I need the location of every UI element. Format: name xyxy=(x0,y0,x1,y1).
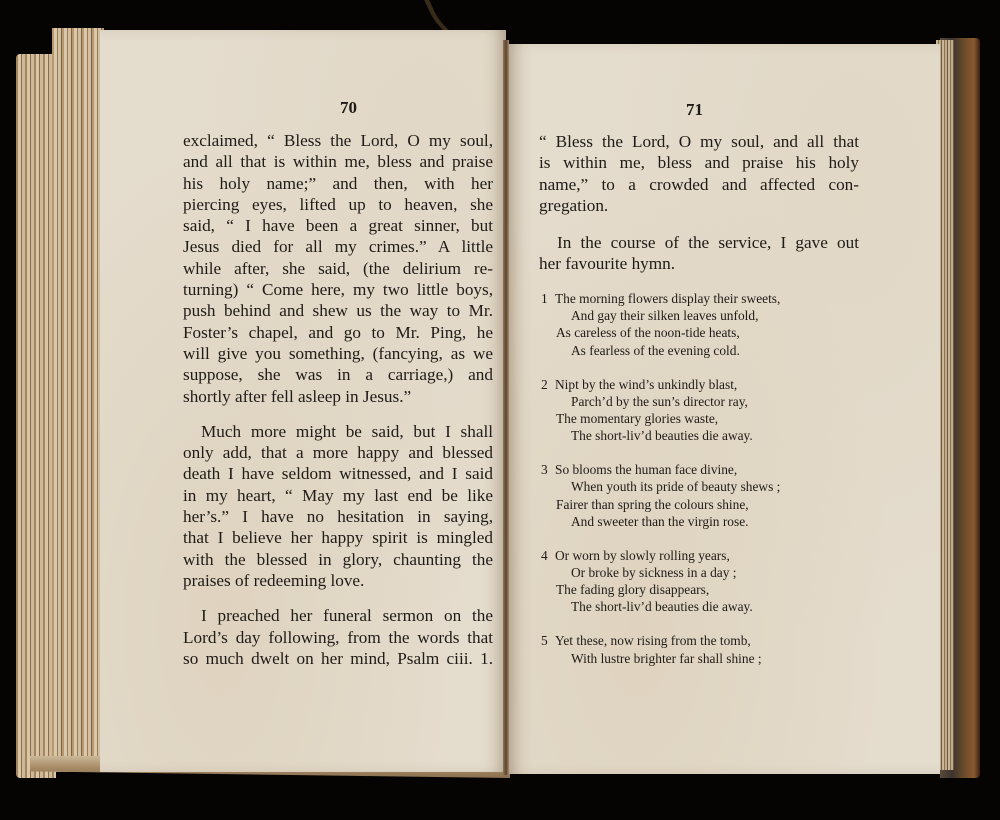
hymn-stanza-5: 5 Yet these, now rising from the tomb, W… xyxy=(541,632,841,666)
hymn-stanza-4: 4 Or worn by slowly rolling years, Or br… xyxy=(541,547,841,616)
text-line: gregation. xyxy=(539,195,859,216)
text-line: and all that is within me, bless and pra… xyxy=(183,151,493,172)
text-line: Much more might be said, but I shall xyxy=(183,421,493,442)
text-line: “ Bless the Lord, O my soul, and all tha… xyxy=(539,131,859,152)
text-line: death I have seldom witnessed, and I sai… xyxy=(183,463,493,484)
text-line: in my heart, “ May my last end be like xyxy=(183,485,493,506)
right-page-body: “ Bless the Lord, O my soul, and all tha… xyxy=(539,131,859,291)
verse-line: The short-liv’d beauties die away. xyxy=(541,598,841,615)
text-line: name,” to a crowded and affected con- xyxy=(539,174,859,195)
verse-line: Or broke by sickness in a day ; xyxy=(541,564,841,581)
text-line: her favourite hymn. xyxy=(539,253,859,274)
text-line: praises of redeeming love. xyxy=(183,570,493,591)
left-page-block-edges xyxy=(52,28,104,772)
stanza-number: 3 xyxy=(541,461,548,478)
text-line: piercing eyes, lifted up to heaven, she xyxy=(183,194,493,215)
left-page-number: 70 xyxy=(340,98,357,118)
text-line: while after, she said, (the delirium re- xyxy=(183,258,493,279)
verse-line: The momentary glories waste, xyxy=(541,410,841,427)
paragraph: In the course of the service, I gave out… xyxy=(539,232,859,275)
text-line: exclaimed, “ Bless the Lord, O my soul, xyxy=(183,130,493,151)
verse-line: Nipt by the wind’s unkindly blast, xyxy=(541,376,841,393)
right-page-number: 71 xyxy=(686,100,703,120)
paragraph: “ Bless the Lord, O my soul, and all tha… xyxy=(539,131,859,216)
text-line: Lord’s day following, from the words tha… xyxy=(183,627,493,648)
text-line: her’s.” I have no hesitation in saying, xyxy=(183,506,493,527)
left-page-block-outer-edges xyxy=(16,54,56,778)
text-line: will give you something, (fancying, as w… xyxy=(183,343,493,364)
verse-line: The morning flowers display their sweets… xyxy=(541,290,841,307)
stanza-number: 5 xyxy=(541,632,548,649)
left-page-body: exclaimed, “ Bless the Lord, O my soul, … xyxy=(183,130,493,683)
hymn: 1 The morning flowers display their swee… xyxy=(541,290,841,684)
paragraph: exclaimed, “ Bless the Lord, O my soul, … xyxy=(183,130,493,407)
verse-line: The fading glory disappears, xyxy=(541,581,841,598)
text-line: that I believe her happy spirit is mingl… xyxy=(183,527,493,548)
text-line: so much dwelt on her mind, Psalm ciii. 1… xyxy=(183,648,493,669)
verse-line: As careless of the noon-tide heats, xyxy=(541,324,841,341)
paragraph: I preached her funeral sermon on the Lor… xyxy=(183,605,493,669)
verse-line: Parch’d by the sun’s director ray, xyxy=(541,393,841,410)
hymn-stanza-1: 1 The morning flowers display their swee… xyxy=(541,290,841,359)
text-line: only add, that a more happy and blessed xyxy=(183,442,493,463)
hymn-stanza-2: 2 Nipt by the wind’s unkindly blast, Par… xyxy=(541,376,841,445)
text-line: his holy name;” and then, with her xyxy=(183,173,493,194)
text-line: is within me, bless and praise his holy xyxy=(539,152,859,173)
verse-line: As fearless of the evening cold. xyxy=(541,342,841,359)
book-gutter xyxy=(503,40,509,775)
text-line: push behind and shew us the way to Mr. xyxy=(183,300,493,321)
text-line: I preached her funeral sermon on the xyxy=(183,605,493,626)
verse-line: So blooms the human face divine, xyxy=(541,461,841,478)
verse-line: Or worn by slowly rolling years, xyxy=(541,547,841,564)
verse-line: And gay their silken leaves unfold, xyxy=(541,307,841,324)
text-line: suppose, she was in a carriage,) and xyxy=(183,364,493,385)
stanza-number: 2 xyxy=(541,376,548,393)
stanza-number: 1 xyxy=(541,290,548,307)
paragraph: Much more might be said, but I shall onl… xyxy=(183,421,493,591)
text-line: Foster’s chapel, and go to Mr. Ping, he xyxy=(183,322,493,343)
stanza-number: 4 xyxy=(541,547,548,564)
text-line: In the course of the service, I gave out xyxy=(539,232,859,253)
text-line: shortly after fell asleep in Jesus.” xyxy=(183,386,493,407)
verse-line: Yet these, now rising from the tomb, xyxy=(541,632,841,649)
hymn-stanza-3: 3 So blooms the human face divine, When … xyxy=(541,461,841,530)
verse-line: The short-liv’d beauties die away. xyxy=(541,427,841,444)
text-line: Jesus died for all my crimes.” A little xyxy=(183,236,493,257)
verse-line: And sweeter than the virgin rose. xyxy=(541,513,841,530)
text-line: turning) “ Come here, my two little boys… xyxy=(183,279,493,300)
verse-line: Fairer than spring the colours shine, xyxy=(541,496,841,513)
text-line: said, “ I have been a great sinner, but xyxy=(183,215,493,236)
text-line: with the blessed in glory, chaunting the xyxy=(183,549,493,570)
verse-line: With lustre brighter far shall shine ; xyxy=(541,650,841,667)
verse-line: When youth its pride of beauty shews ; xyxy=(541,478,841,495)
